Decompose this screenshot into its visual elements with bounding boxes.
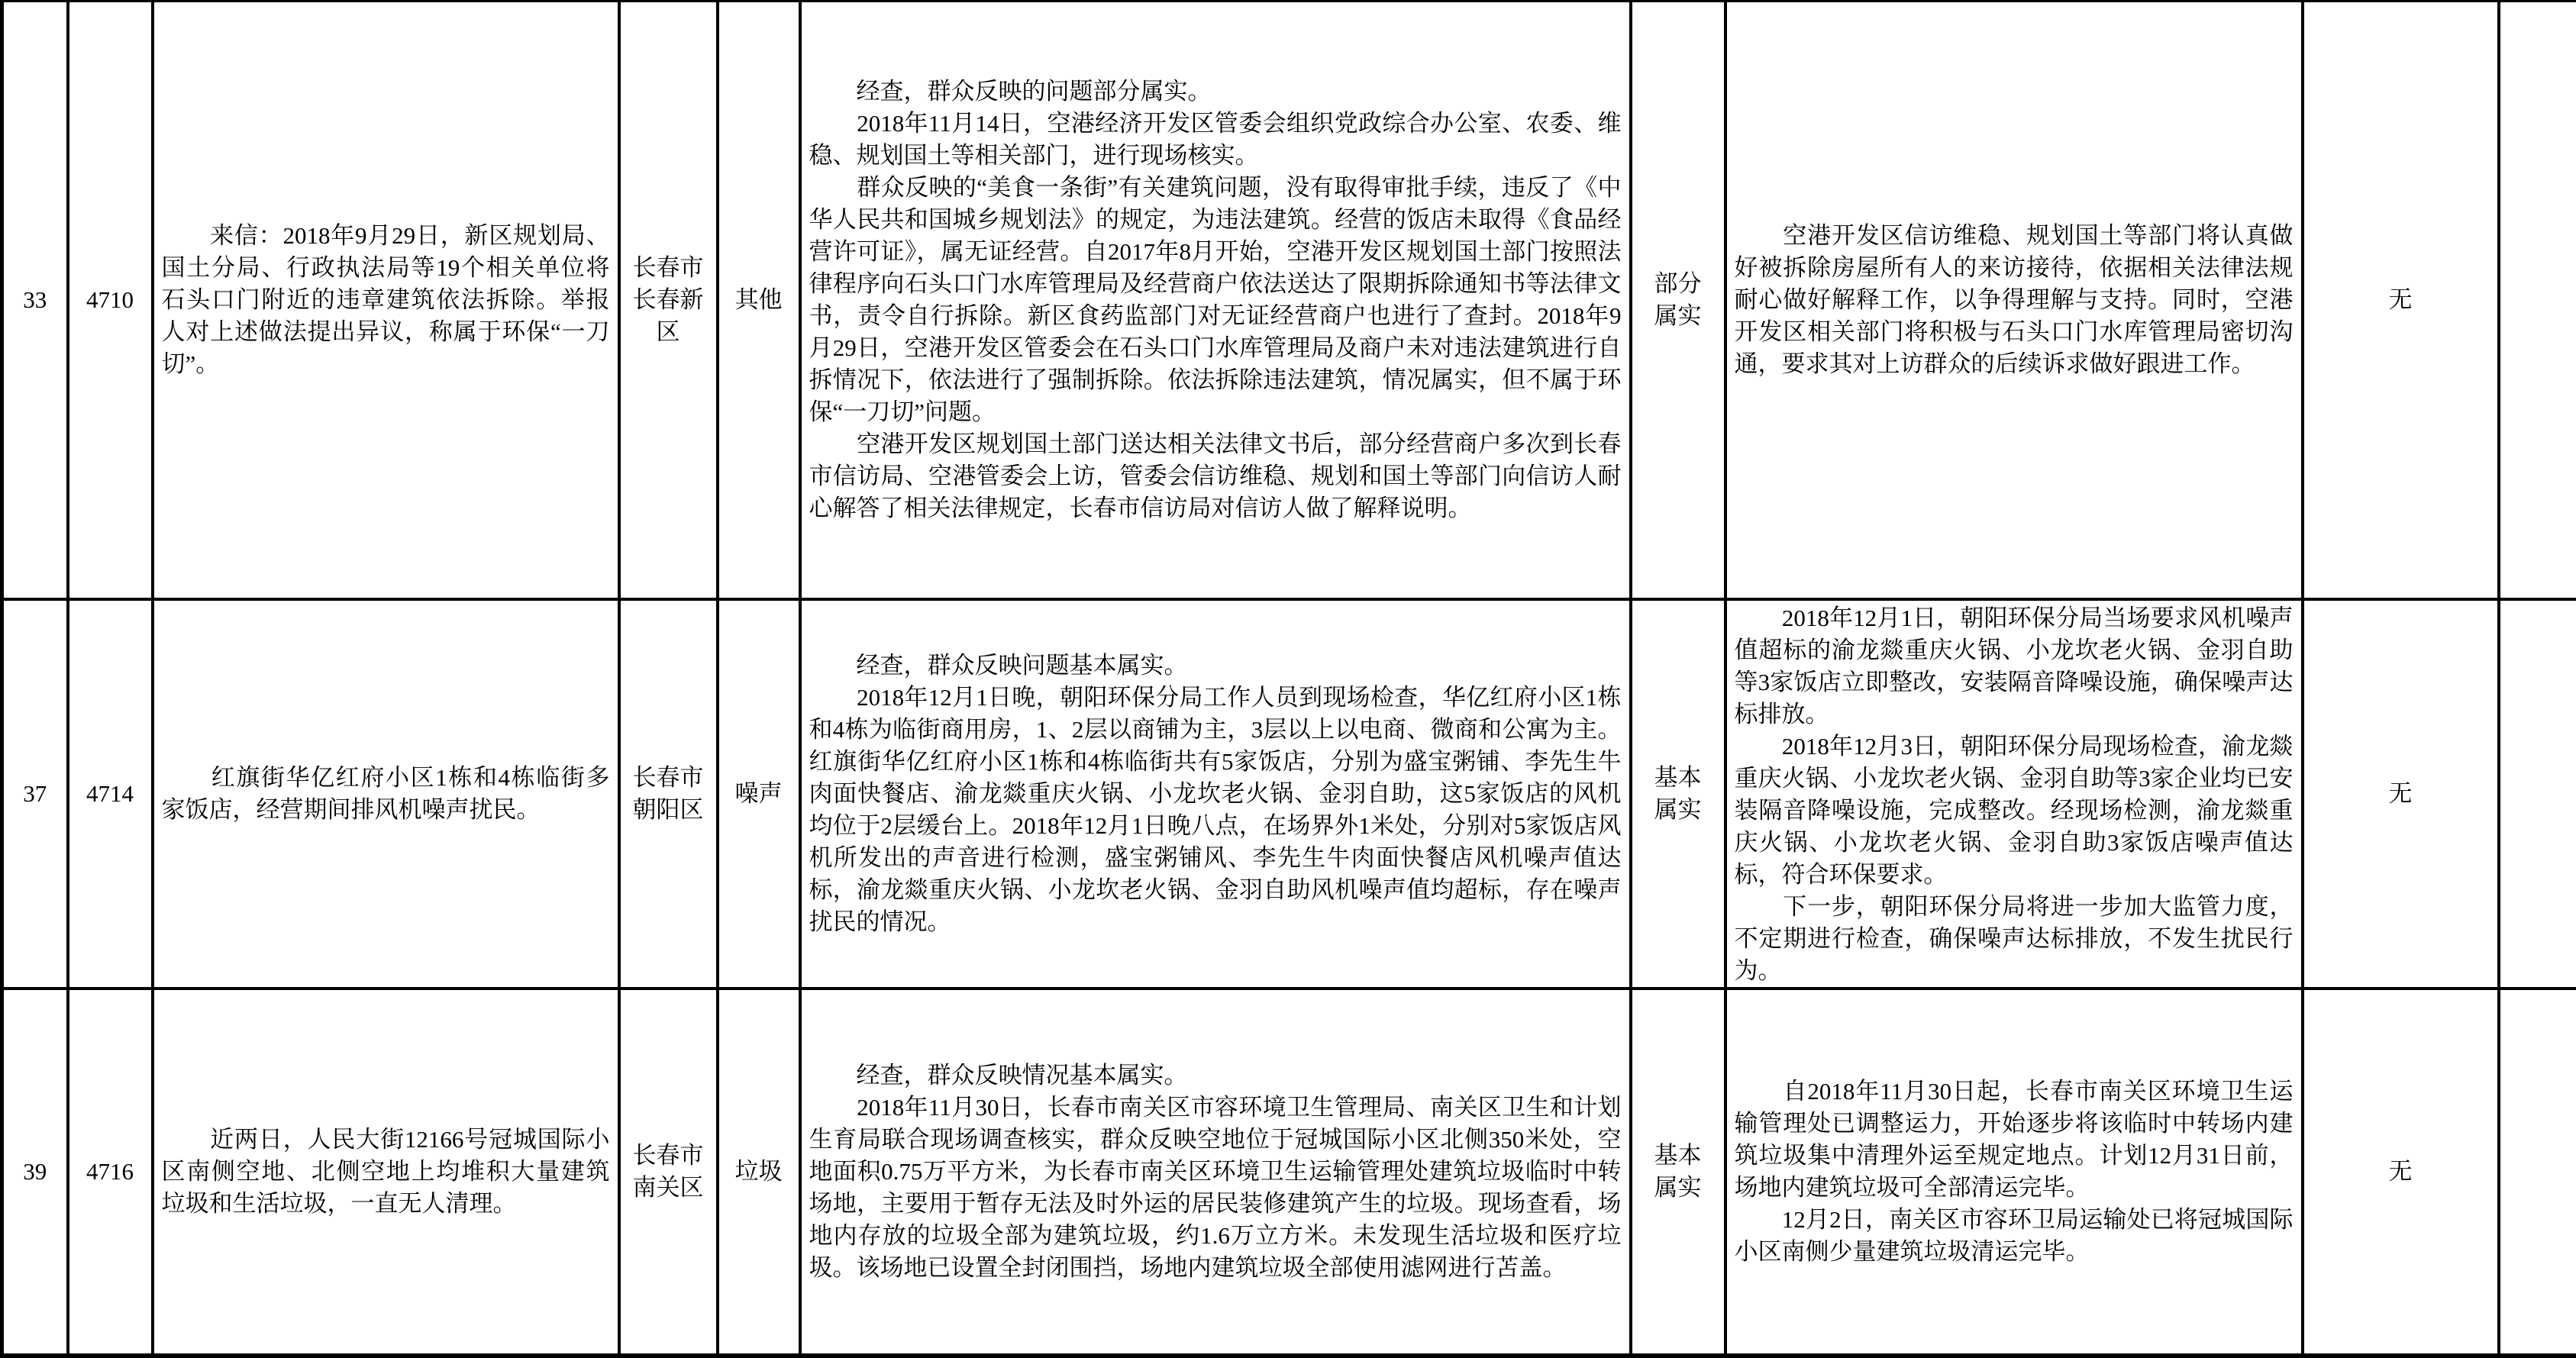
verified-cell: 基本属实 <box>1631 989 1725 1356</box>
region-cell: 长春市朝阳区 <box>619 599 718 989</box>
seq-cell: 33 <box>2 2 68 599</box>
category-text: 其他 <box>719 284 799 316</box>
complaint-text: 近两日，人民大街12166号冠城国际小区南侧空地、北侧空地上均堆积大量建筑垃圾和… <box>154 1124 618 1220</box>
region-text: 长春市南关区 <box>621 1140 716 1204</box>
seq-cell: 37 <box>2 599 68 989</box>
measures-text: 自2018年11月30日起，长春市南关区环境卫生运输管理处已调整运力，开始逐步将… <box>1727 1076 2301 1268</box>
accountability-cell: 无 <box>2303 599 2499 989</box>
accountability-text: 无 <box>2304 778 2497 810</box>
measures-cell: 空港开发区信访维稳、规划国土等部门将认真做好被拆除房屋所有人的来访接待，依据相关… <box>1725 2 2303 599</box>
case-id: 4710 <box>69 284 151 316</box>
case-id-cell: 4714 <box>68 599 153 989</box>
table-row: 33 4710 来信：2018年9月29日，新区规划局、国土分局、行政执法局等1… <box>2 2 2576 599</box>
verified-cell: 部分属实 <box>1631 2 1725 599</box>
investigation-text: 经查，群众反映问题基本属实。 2018年12月1日晚，朝阳环保分局工作人员到现场… <box>802 650 1629 938</box>
measures-cell: 2018年12月1日，朝阳环保分局当场要求风机噪声值超标的渝龙燚重庆火锅、小龙坎… <box>1725 599 2303 989</box>
case-id-cell: 4716 <box>68 989 153 1356</box>
seq-number: 33 <box>4 284 66 316</box>
petition-handling-table: 33 4710 来信：2018年9月29日，新区规划局、国土分局、行政执法局等1… <box>0 0 2576 1358</box>
accountability-text: 无 <box>2304 284 2497 316</box>
measures-cell: 自2018年11月30日起，长春市南关区环境卫生运输管理处已调整运力，开始逐步将… <box>1725 989 2303 1356</box>
region-cell: 长春市南关区 <box>619 989 718 1356</box>
category-text: 垃圾 <box>719 1156 799 1188</box>
verified-text: 部分属实 <box>1632 268 1724 332</box>
verified-text: 基本属实 <box>1632 762 1724 826</box>
region-cell: 长春市长春新区 <box>619 2 718 599</box>
table-row: 39 4716 近两日，人民大街12166号冠城国际小区南侧空地、北侧空地上均堆… <box>2 989 2576 1356</box>
verified-text: 基本属实 <box>1632 1140 1724 1204</box>
complaint-text: 来信：2018年9月29日，新区规划局、国土分局、行政执法局等19个相关单位将石… <box>154 220 618 380</box>
investigation-text: 经查，群众反映情况基本属实。 2018年11月30日，长春市南关区市容环境卫生管… <box>802 1060 1629 1284</box>
region-text: 长春市长春新区 <box>621 252 716 348</box>
category-cell: 垃圾 <box>718 989 800 1356</box>
case-id-cell: 4710 <box>68 2 153 599</box>
complaint-cell: 来信：2018年9月29日，新区规划局、国土分局、行政执法局等19个相关单位将石… <box>153 2 619 599</box>
measures-text: 空港开发区信访维稳、规划国土等部门将认真做好被拆除房屋所有人的来访接待，依据相关… <box>1727 220 2301 380</box>
empty-cell <box>2499 2 2576 599</box>
accountability-text: 无 <box>2304 1156 2497 1188</box>
seq-number: 39 <box>4 1156 66 1188</box>
case-id: 4716 <box>69 1156 151 1188</box>
complaint-text: 红旗街华亿红府小区1栋和4栋临街多家饭店，经营期间排风机噪声扰民。 <box>154 762 618 826</box>
complaint-cell: 近两日，人民大街12166号冠城国际小区南侧空地、北侧空地上均堆积大量建筑垃圾和… <box>153 989 619 1356</box>
investigation-cell: 经查，群众反映问题基本属实。 2018年12月1日晚，朝阳环保分局工作人员到现场… <box>800 599 1631 989</box>
measures-text: 2018年12月1日，朝阳环保分局当场要求风机噪声值超标的渝龙燚重庆火锅、小龙坎… <box>1727 602 2301 987</box>
investigation-cell: 经查，群众反映情况基本属实。 2018年11月30日，长春市南关区市容环境卫生管… <box>800 989 1631 1356</box>
investigation-text: 经查，群众反映的问题部分属实。 2018年11月14日，空港经济开发区管委会组织… <box>802 76 1629 524</box>
empty-cell <box>2499 599 2576 989</box>
complaint-cell: 红旗街华亿红府小区1栋和4栋临街多家饭店，经营期间排风机噪声扰民。 <box>153 599 619 989</box>
investigation-cell: 经查，群众反映的问题部分属实。 2018年11月14日，空港经济开发区管委会组织… <box>800 2 1631 599</box>
region-text: 长春市朝阳区 <box>621 762 716 826</box>
accountability-cell: 无 <box>2303 989 2499 1356</box>
category-cell: 其他 <box>718 2 800 599</box>
verified-cell: 基本属实 <box>1631 599 1725 989</box>
category-text: 噪声 <box>719 778 799 810</box>
seq-cell: 39 <box>2 989 68 1356</box>
accountability-cell: 无 <box>2303 2 2499 599</box>
seq-number: 37 <box>4 778 66 810</box>
case-id: 4714 <box>69 778 151 810</box>
empty-cell <box>2499 989 2576 1356</box>
category-cell: 噪声 <box>718 599 800 989</box>
table-row: 37 4714 红旗街华亿红府小区1栋和4栋临街多家饭店，经营期间排风机噪声扰民… <box>2 599 2576 989</box>
